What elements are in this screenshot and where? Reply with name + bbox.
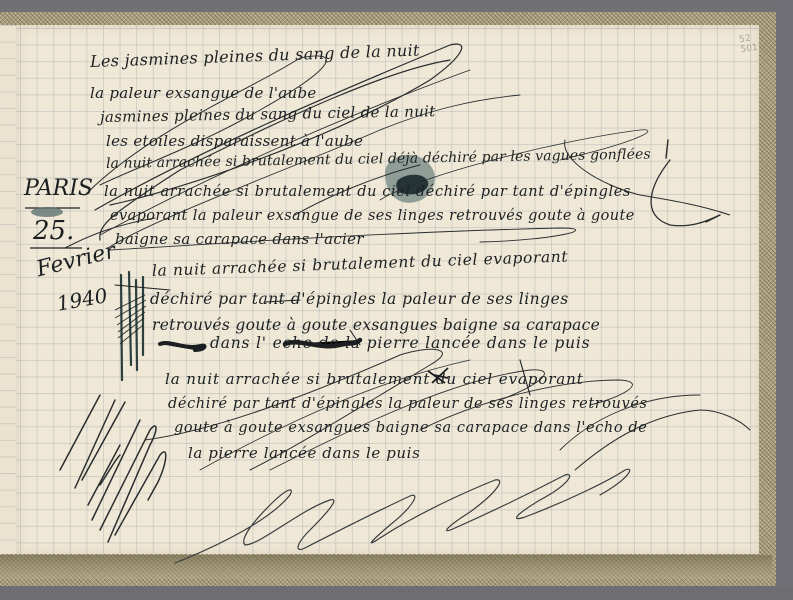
handwritten-line: la nuit arrachée si brutalement du ciel … (104, 184, 631, 200)
handwritten-line: déchiré par tant d'épingles la paleur de… (150, 290, 569, 308)
handwritten-line: retrouvés goute à goute exsangues baigne… (152, 316, 600, 334)
handwritten-line: baigne sa carapace dans l'acier (115, 230, 364, 248)
margin-place: PARIS (24, 176, 93, 201)
handwritten-line: evaporant la paleur exsangue de ses ling… (110, 208, 635, 224)
margin-day: 25. (33, 216, 74, 246)
handwritten-line: goute à goute exsangues baigne sa carapa… (174, 420, 647, 436)
handwritten-line: la pierre lancée dans le puis (188, 444, 420, 462)
handwritten-line: dans l' echo de la pierre lancée dans le… (210, 334, 590, 352)
handwritten-line: la nuit arrachée si brutalement du ciel … (165, 370, 584, 388)
handwritten-line: les etoiles disparaissent à l'aube (106, 132, 363, 150)
handwritten-line: déchiré par tant d'épingles la paleur de… (168, 396, 648, 412)
handwritten-line: la paleur exsangue de l'aube (90, 84, 317, 102)
